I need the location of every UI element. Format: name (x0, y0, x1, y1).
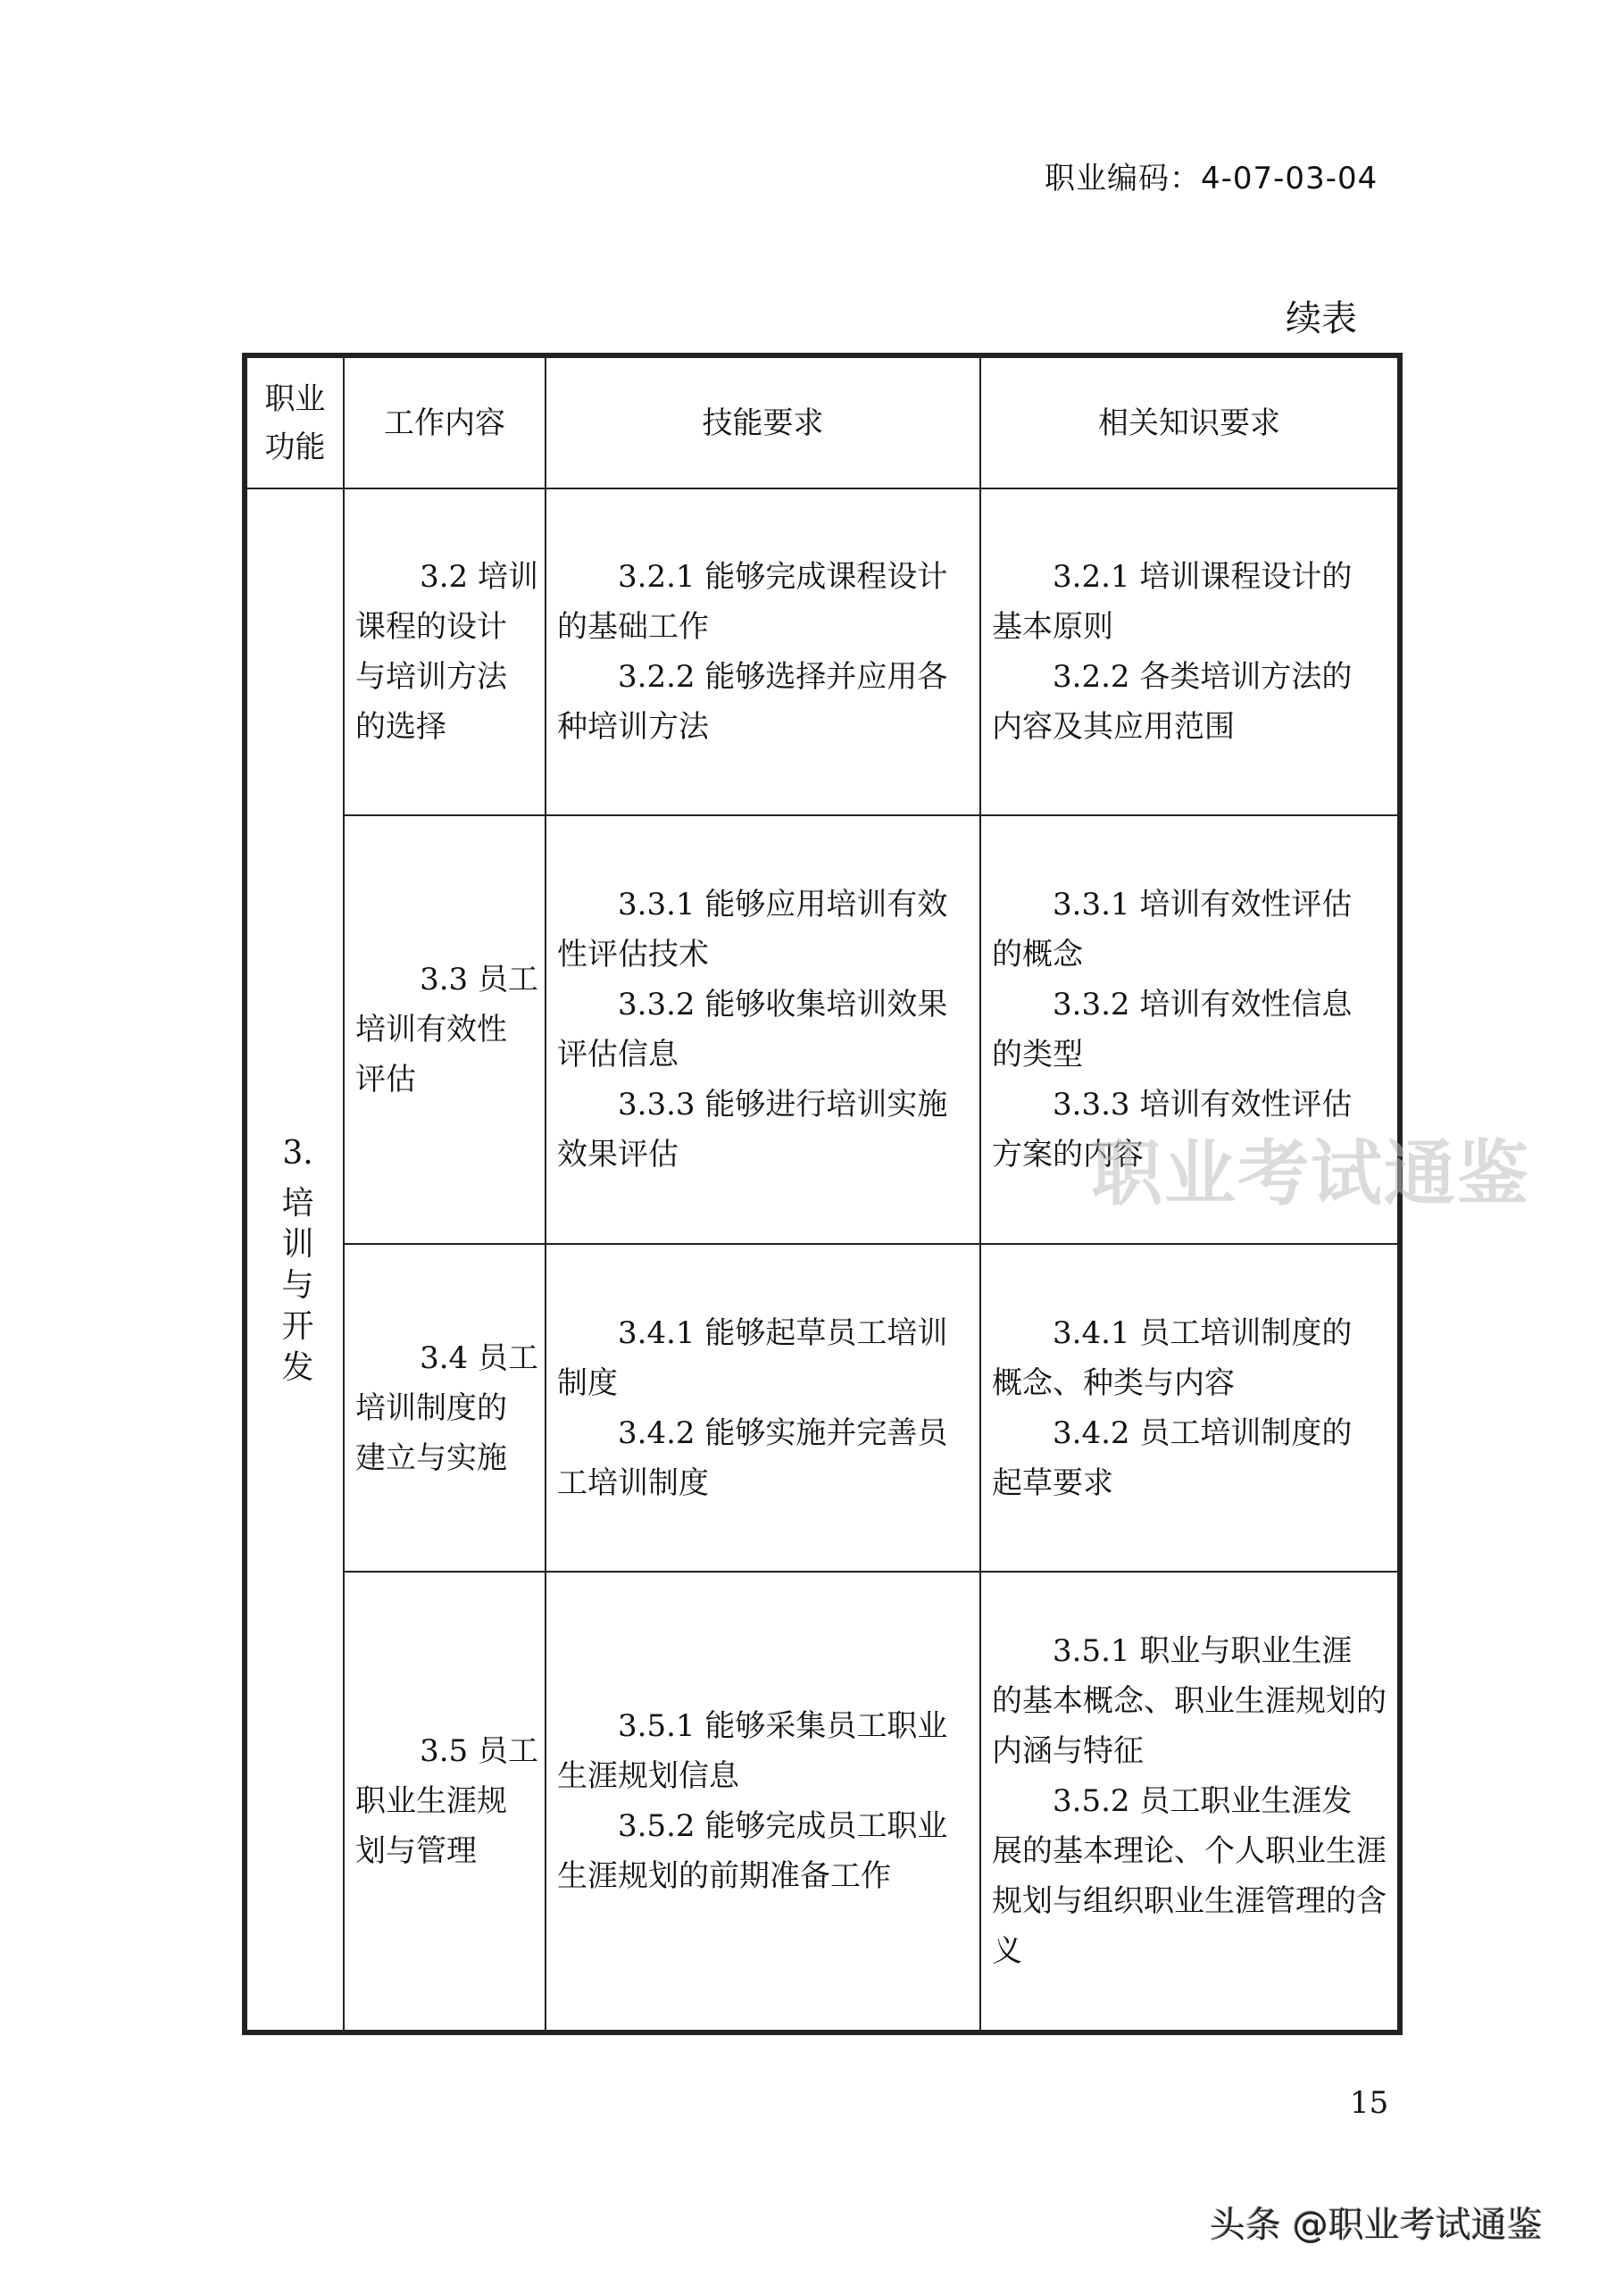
column-header-knowledge-label: 相关知识要求 (1098, 398, 1280, 448)
work-content-line: 与培训方法 (355, 652, 538, 702)
knowledge-3-5: 3.5.1 职业与职业生涯 的基本概念、职业生涯规划的内涵与特征 3.5.2 员… (992, 1573, 1389, 2030)
work-content-3-5: 3.5 员工 职业生涯规 划与管理 (355, 1573, 538, 2030)
knowledge-item-3-4-2-cont: 起草要求 (992, 1458, 1389, 1508)
knowledge-item-3-3-1-cont: 的概念 (992, 930, 1389, 980)
work-content-line: 3.5 员工 (355, 1726, 538, 1776)
work-content-line: 课程的设计 (355, 602, 538, 652)
skills-3-3: 3.3.1 能够应用培训有效 性评估技术 3.3.2 能够收集培训效果 评估信息… (557, 816, 970, 1243)
column-header-function-line1: 职业 (265, 375, 326, 423)
skill-item-3-3-2-cont: 评估信息 (557, 1030, 970, 1080)
skill-item-3-5-1-cont: 生涯规划信息 (557, 1751, 970, 1801)
knowledge-item-3-5-1: 3.5.1 职业与职业生涯 (992, 1626, 1389, 1676)
column-header-function-line2: 功能 (265, 423, 326, 471)
knowledge-item-3-5-1-cont: 的基本概念、职业生涯规划的内涵与特征 (992, 1676, 1389, 1776)
knowledge-item-3-2-1: 3.2.1 培训课程设计的 (992, 552, 1389, 602)
skill-item-3-2-1: 3.2.1 能够完成课程设计 (557, 552, 970, 602)
work-content-line: 职业生涯规 (355, 1776, 538, 1826)
skill-item-3-4-2: 3.4.2 能够实施并完善员 (557, 1408, 970, 1458)
column-divider (979, 358, 981, 2030)
skill-item-3-3-2: 3.3.2 能够收集培训效果 (557, 980, 970, 1030)
knowledge-item-3-4-1: 3.4.1 员工培训制度的 (992, 1308, 1389, 1358)
knowledge-item-3-2-2-cont: 内容及其应用范围 (992, 702, 1389, 752)
function-char: 训 (281, 1224, 313, 1265)
skill-item-3-2-2-cont: 种培训方法 (557, 702, 970, 752)
work-content-line: 培训有效性 (355, 1005, 538, 1055)
column-header-skills-label: 技能要求 (703, 398, 824, 448)
column-header-function: 职业 功能 (247, 358, 343, 488)
skill-item-3-2-2: 3.2.2 能够选择并应用各 (557, 652, 970, 702)
continued-table-label: 续表 (1286, 290, 1357, 341)
work-content-line: 培训制度的 (355, 1383, 538, 1433)
skill-item-3-5-1: 3.5.1 能够采集员工职业 (557, 1701, 970, 1751)
knowledge-item-3-3-1: 3.3.1 培训有效性评估 (992, 880, 1389, 930)
skills-3-4: 3.4.1 能够起草员工培训 制度 3.4.2 能够实施并完善员 工培训制度 (557, 1245, 970, 1571)
watermark-text: 职业考试通鉴 (1091, 1116, 1530, 1219)
function-char: 发 (281, 1348, 313, 1389)
skill-item-3-5-2-cont: 生涯规划的前期准备工作 (557, 1851, 970, 1901)
function-cell-training-development: 3. 培 训 与 开 发 (247, 492, 348, 2030)
column-header-work-content-label: 工作内容 (384, 398, 505, 448)
knowledge-item-3-4-2: 3.4.2 员工培训制度的 (992, 1408, 1389, 1458)
knowledge-item-3-4-1-cont: 概念、种类与内容 (992, 1358, 1389, 1408)
skill-item-3-3-1: 3.3.1 能够应用培训有效 (557, 880, 970, 930)
skill-item-3-4-2-cont: 工培训制度 (557, 1458, 970, 1508)
knowledge-item-3-5-2-cont: 展的基本理论、个人职业生涯规划与组织职业生涯管理的含义 (992, 1826, 1389, 1976)
function-char: 与 (281, 1265, 313, 1306)
knowledge-item-3-2-2: 3.2.2 各类培训方法的 (992, 652, 1389, 702)
knowledge-3-2: 3.2.1 培训课程设计的 基本原则 3.2.2 各类培训方法的 内容及其应用范… (992, 489, 1389, 814)
knowledge-3-4: 3.4.1 员工培训制度的 概念、种类与内容 3.4.2 员工培训制度的 起草要… (992, 1245, 1389, 1571)
work-content-line: 的选择 (355, 702, 538, 752)
column-header-skills: 技能要求 (546, 358, 979, 488)
function-number: 3. (282, 1133, 312, 1174)
work-content-3-3: 3.3 员工 培训有效性 评估 (355, 816, 538, 1243)
work-content-line: 3.4 员工 (355, 1333, 538, 1383)
function-char: 培 (281, 1183, 313, 1224)
knowledge-item-3-5-2: 3.5.2 员工职业生涯发 (992, 1776, 1389, 1826)
work-content-3-2: 3.2 培训 课程的设计 与培训方法 的选择 (355, 489, 538, 814)
page-number: 15 (1350, 2085, 1388, 2121)
skill-item-3-2-1-cont: 的基础工作 (557, 602, 970, 652)
column-header-knowledge: 相关知识要求 (981, 358, 1397, 488)
skill-item-3-3-3-cont: 效果评估 (557, 1130, 970, 1180)
work-content-line: 3.3 员工 (355, 955, 538, 1005)
column-header-work-content: 工作内容 (345, 358, 545, 488)
source-credit: 头条 @职业考试通鉴 (1210, 2197, 1543, 2248)
knowledge-item-3-2-1-cont: 基本原则 (992, 602, 1389, 652)
knowledge-item-3-3-2-cont: 的类型 (992, 1030, 1389, 1080)
work-content-line: 建立与实施 (355, 1433, 538, 1483)
work-content-line: 3.2 培训 (355, 552, 538, 602)
skills-3-5: 3.5.1 能够采集员工职业 生涯规划信息 3.5.2 能够完成员工职业 生涯规… (557, 1573, 970, 2030)
work-content-line: 评估 (355, 1055, 538, 1105)
occupation-code: 职业编码：4-07-03-04 (1045, 154, 1378, 197)
skill-item-3-4-1-cont: 制度 (557, 1358, 970, 1408)
skill-item-3-3-1-cont: 性评估技术 (557, 930, 970, 980)
skill-item-3-4-1: 3.4.1 能够起草员工培训 (557, 1308, 970, 1358)
function-char: 开 (281, 1306, 313, 1348)
column-divider (545, 358, 546, 2030)
knowledge-item-3-3-2: 3.3.2 培训有效性信息 (992, 980, 1389, 1030)
work-content-3-4: 3.4 员工 培训制度的 建立与实施 (355, 1245, 538, 1571)
skill-item-3-5-2: 3.5.2 能够完成员工职业 (557, 1801, 970, 1851)
work-content-line: 划与管理 (355, 1826, 538, 1876)
skills-3-2: 3.2.1 能够完成课程设计 的基础工作 3.2.2 能够选择并应用各 种培训方… (557, 489, 970, 814)
skill-item-3-3-3: 3.3.3 能够进行培训实施 (557, 1080, 970, 1130)
